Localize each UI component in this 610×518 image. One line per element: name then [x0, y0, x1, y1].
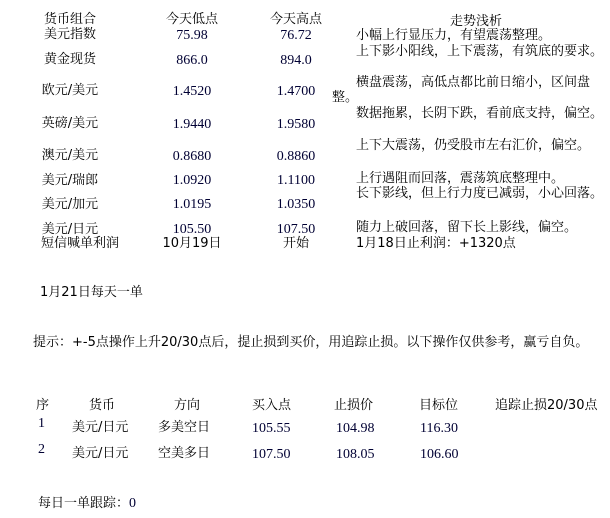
low-value: 1.4520: [152, 84, 232, 99]
direction: 空美多日: [158, 446, 210, 461]
pair-name: 英磅/美元: [30, 116, 110, 131]
entry: 105.55: [252, 421, 291, 436]
low-value: 866.0: [152, 53, 232, 68]
analysis-text: 数据拖累，长阴下跌，看前底支持，偏空。: [332, 106, 608, 121]
analysis-text: 小幅上行显压力，有望震荡整理。: [332, 28, 608, 43]
high-value: 107.50: [256, 222, 336, 237]
currency: 美元/日元: [72, 446, 128, 461]
low-value: 1.0920: [152, 173, 232, 188]
analysis-text: 上下影小阳线，上下震荡，有筑底的要求。: [332, 44, 608, 59]
high-value: 0.8860: [256, 149, 336, 164]
pair-name: 美元指数: [30, 27, 110, 42]
entry: 107.50: [252, 447, 291, 462]
profit-start: 开始: [256, 236, 336, 251]
profit-summary: 1月18日止利润：+1320点: [332, 236, 608, 251]
pair-name: 美元/日元: [30, 222, 110, 237]
tracking-label: 每日一单跟踪：: [38, 496, 129, 511]
analysis-text: 长下影线，但上行力度已减弱，小心回落。: [332, 186, 608, 201]
header-high: 今天高点: [256, 12, 336, 27]
low-value: 0.8680: [152, 149, 232, 164]
low-value: 1.9440: [152, 117, 232, 132]
currency: 美元/日元: [72, 420, 128, 435]
profit-label: 短信喊单利润: [30, 236, 130, 251]
high-value: 1.1100: [256, 173, 336, 188]
daily-tip: 提示：+-5点操作上升20/30点后，提止损到买价，用追踪止损。以下操作仅供参考…: [10, 333, 606, 352]
header-entry: 买入点: [252, 398, 291, 413]
target: 106.60: [420, 447, 459, 462]
header-analysis: 走势浅析: [450, 14, 502, 29]
pair-name: 美元/瑞郎: [30, 173, 110, 188]
stop: 104.98: [336, 421, 375, 436]
profit-date: 10月19日: [152, 236, 232, 251]
header-low: 今天低点: [152, 12, 232, 27]
high-value: 76.72: [256, 28, 336, 43]
pair-name: 澳元/美元: [30, 148, 110, 163]
header-seq: 序: [36, 398, 49, 413]
low-value: 1.0195: [152, 197, 232, 212]
seq: 2: [38, 442, 45, 457]
analysis-text: 横盘震荡，高低点都比前日缩小，区间盘整。: [332, 75, 608, 105]
analysis-text: 上下大震荡，仍受股市左右汇价，偏空。: [332, 138, 608, 153]
low-value: 75.98: [152, 28, 232, 43]
tracking-value: 0: [129, 496, 136, 511]
high-value: 894.0: [256, 53, 336, 68]
high-value: 1.0350: [256, 197, 336, 212]
header-currency: 货币: [89, 398, 115, 413]
analysis-text: 上行遇阻而回落，震荡筑底整理中。: [332, 171, 608, 186]
high-value: 1.9580: [256, 117, 336, 132]
header-stop: 止损价: [334, 398, 373, 413]
low-value: 105.50: [152, 222, 232, 237]
seq: 1: [38, 416, 45, 431]
target: 116.30: [420, 421, 458, 436]
pair-name: 美元/加元: [30, 197, 110, 212]
daily-title: 1月21日每天一单: [40, 285, 143, 300]
analysis-text: 随力上破回落，留下长上影线，偏空。: [332, 220, 608, 235]
header-target: 目标位: [419, 398, 458, 413]
header-direction: 方向: [174, 398, 200, 413]
pair-name: 欧元/美元: [30, 83, 110, 98]
high-value: 1.4700: [256, 84, 336, 99]
direction: 多美空日: [158, 420, 210, 435]
header-pair: 货币组合: [30, 12, 110, 27]
tracking: 每日一单跟踪：0: [38, 496, 136, 511]
stop: 108.05: [336, 447, 375, 462]
header-trail: 追踪止损20/30点: [495, 398, 597, 413]
pair-name: 黄金现货: [30, 52, 110, 67]
